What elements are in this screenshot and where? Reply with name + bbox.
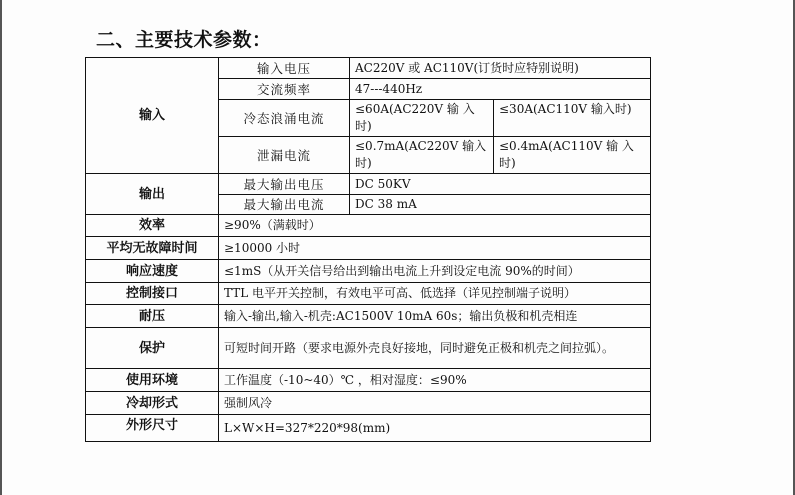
table-row-control-interface: 控制接口 TTL 电平开关控制，有效电平可高、低选择（详见控制端子说明） (86, 283, 651, 305)
param-name-max-output-current: 最大输出电流 (219, 195, 350, 215)
table-row-input-voltage: 输入 输入电压 AC220V 或 AC110V(订货时应特别说明) (86, 58, 651, 79)
table-row-response-speed: 响应速度 ≤1mS（从开关信号给出到输出电流上升到设定电流 90%的时间） (86, 260, 651, 283)
spec-table: 输入 输入电压 AC220V 或 AC110V(订货时应特别说明) 交流频率 4… (85, 57, 651, 442)
row-label-protection: 保护 (86, 328, 219, 369)
section-title: 二、主要技术参数： (96, 25, 272, 52)
param-value-leakage-current-220v: ≤0.7mA(AC220V 输入 时) (350, 137, 494, 174)
param-name-inrush-current: 冷态浪涌电流 (219, 100, 350, 137)
row-label-mtbf: 平均无故障时间 (86, 237, 219, 260)
row-value-protection: 可短时间开路（要求电源外壳良好接地，同时避免正极和机壳之间拉弧）。 (219, 328, 651, 369)
row-label-withstand-voltage: 耐压 (86, 305, 219, 328)
table-row-max-output-voltage: 输出 最大输出电压 DC 50KV (86, 174, 651, 195)
row-value-withstand-voltage: 输入-输出,输入-机壳:AC1500V 10mA 60s；输出负极和机壳相连 (219, 305, 651, 328)
row-label-response-speed: 响应速度 (86, 260, 219, 283)
param-value-input-voltage: AC220V 或 AC110V(订货时应特别说明) (350, 58, 651, 79)
row-label-control-interface: 控制接口 (86, 283, 219, 305)
param-name-leakage-current: 泄漏电流 (219, 137, 350, 174)
param-value-max-output-voltage: DC 50KV (350, 174, 651, 195)
row-value-mtbf: ≥10000 小时 (219, 237, 651, 260)
group-label-input: 输入 (86, 58, 219, 174)
table-row-efficiency: 效率 ≥90%（满载时） (86, 215, 651, 237)
group-label-output: 输出 (86, 174, 219, 215)
param-value-max-output-current: DC 38 mA (350, 195, 651, 215)
param-name-ac-frequency: 交流频率 (219, 79, 350, 100)
row-label-cooling: 冷却形式 (86, 392, 219, 415)
row-value-dimensions: L×W×H=327*220*98(mm) (219, 415, 651, 442)
param-name-input-voltage: 输入电压 (219, 58, 350, 79)
row-value-cooling: 强制风冷 (219, 392, 651, 415)
row-label-efficiency: 效率 (86, 215, 219, 237)
table-row-cooling: 冷却形式 强制风冷 (86, 392, 651, 415)
param-value-inrush-current-220v: ≤60A(AC220V 输 入 时) (350, 100, 494, 137)
row-label-environment: 使用环境 (86, 369, 219, 392)
table-row-protection: 保护 可短时间开路（要求电源外壳良好接地，同时避免正极和机壳之间拉弧）。 (86, 328, 651, 369)
row-value-control-interface: TTL 电平开关控制，有效电平可高、低选择（详见控制端子说明） (219, 283, 651, 305)
param-value-ac-frequency: 47---440Hz (350, 79, 651, 100)
table-row-environment: 使用环境 工作温度（-10~40）℃ ，相对湿度：≤90% (86, 369, 651, 392)
row-value-efficiency: ≥90%（满载时） (219, 215, 651, 237)
table-row-withstand-voltage: 耐压 输入-输出,输入-机壳:AC1500V 10mA 60s；输出负极和机壳相… (86, 305, 651, 328)
param-name-max-output-voltage: 最大输出电压 (219, 174, 350, 195)
table-row-mtbf: 平均无故障时间 ≥10000 小时 (86, 237, 651, 260)
row-value-response-speed: ≤1mS（从开关信号给出到输出电流上升到设定电流 90%的时间） (219, 260, 651, 283)
row-value-environment: 工作温度（-10~40）℃ ，相对湿度：≤90% (219, 369, 651, 392)
param-value-leakage-current-110v: ≤0.4mA(AC110V 输 入 时) (494, 137, 651, 174)
table-row-dimensions: 外形尺寸 L×W×H=327*220*98(mm) (86, 415, 651, 442)
param-value-inrush-current-110v: ≤30A(AC110V 输入时) (494, 100, 651, 137)
row-label-dimensions: 外形尺寸 (86, 415, 219, 442)
page-edge-left (0, 0, 2, 495)
